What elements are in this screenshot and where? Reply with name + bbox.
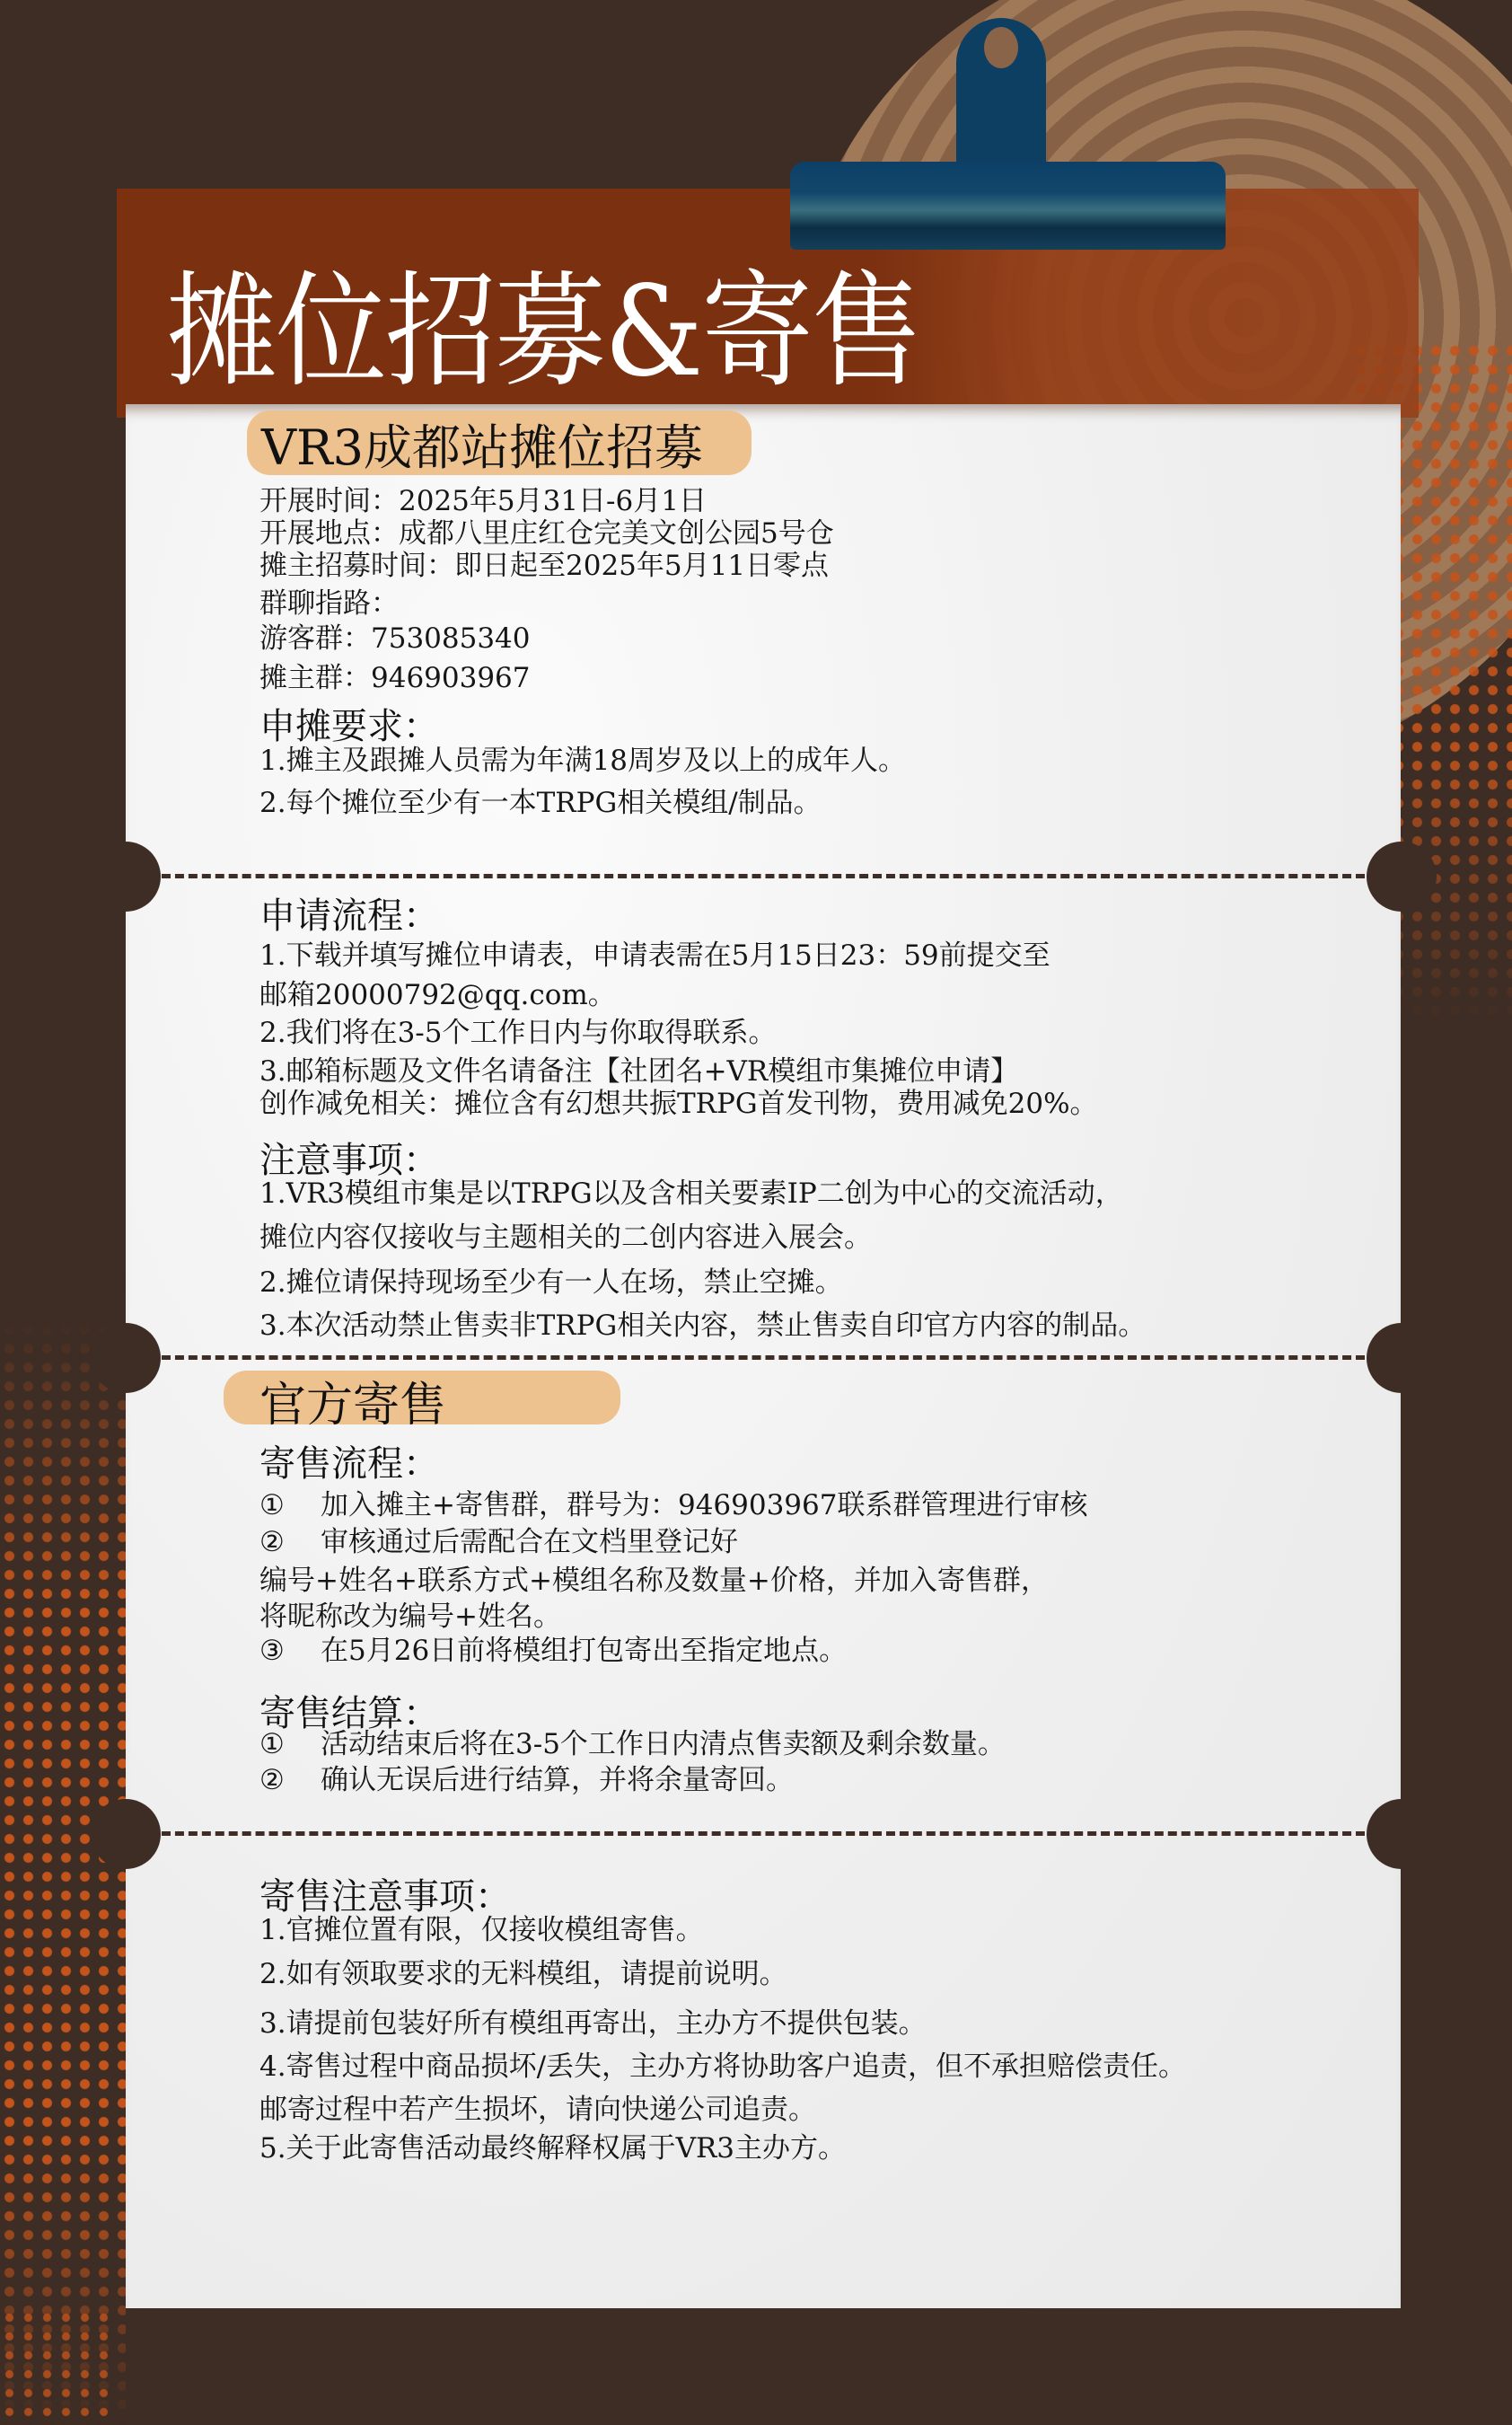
- list-item: 3.邮箱标题及文件名请备注【社团名+VR模组市集摊位申请】: [259, 1055, 1018, 1088]
- step-item: ②确认无误后进行结算，并将余量寄回。: [259, 1764, 794, 1796]
- heading-consignment-notes: 寄售注意事项：: [259, 1868, 511, 1919]
- section-divider: [162, 874, 1365, 878]
- info-line-dates: 开展时间：2025年5月31日-6月1日: [259, 485, 707, 517]
- list-item: 1.VR3模组市集是以TRPG以及含相关要素IP二创为中心的交流活动，: [259, 1177, 1123, 1210]
- list-item: 摊位内容仅接收与主题相关的二创内容进入展会。: [259, 1221, 872, 1254]
- list-item: 2.每个摊位至少有一本TRPG相关模组/制品。: [259, 787, 822, 819]
- page-title: 摊位招募&寄售: [166, 232, 920, 410]
- section-title-consignment: 官方寄售: [259, 1367, 446, 1434]
- ticket-notch-right: [1367, 1799, 1437, 1869]
- heading-notes: 注意事项：: [259, 1132, 439, 1183]
- list-item: 2.如有领取要求的无料模组，请提前说明。: [259, 1958, 787, 1990]
- info-line-visitor-group: 游客群：753085340: [259, 622, 531, 655]
- clip-jaw: [790, 162, 1226, 250]
- heading-consignment-process: 寄售流程：: [259, 1435, 439, 1486]
- info-line-recruit-time: 摊主招募时间：即日起至2025年5月11日零点: [259, 550, 829, 582]
- list-item: 2.我们将在3-5个工作日内与你取得联系。: [259, 1017, 777, 1049]
- ticket-notch-right: [1367, 842, 1437, 912]
- ticket-notch-left: [91, 1323, 161, 1393]
- step-item: ①加入摊主+寄售群，群号为：946903967联系群管理进行审核: [259, 1489, 1087, 1521]
- list-item: 1.摊主及跟摊人员需为年满18周岁及以上的成年人。: [259, 745, 906, 777]
- list-item: 5.关于此寄售活动最终解释权属于VR3主办方。: [259, 2132, 846, 2165]
- step-item-continued: 编号+姓名+联系方式+模组名称及数量+价格，并加入寄售群，: [259, 1565, 1049, 1597]
- step-item: ③在5月26日前将模组打包寄出至指定地点。: [259, 1635, 847, 1667]
- ticket-notch-left: [91, 842, 161, 912]
- step-number-2: ②: [259, 1526, 321, 1558]
- list-item: 1.官摊位置有限，仅接收模组寄售。: [259, 1914, 704, 1946]
- section-title-recruit: VR3成都站摊位招募: [261, 410, 703, 479]
- decorative-dot-grid-left: [0, 1320, 126, 2425]
- ticket-notch-right: [1367, 1323, 1437, 1393]
- list-item-discount: 创作减免相关：摊位含有幻想共振TRPG首发刊物，费用减免20%。: [259, 1088, 1098, 1120]
- step-item: ①活动结束后将在3-5个工作日内清点售卖额及剩余数量。: [259, 1728, 1006, 1760]
- decorative-dot-grid-bottom: [0, 2308, 117, 2425]
- step-number-2: ②: [259, 1764, 321, 1796]
- list-item: 1.下载并填写摊位申请表，申请表需在5月15日23：59前提交至: [259, 939, 1050, 972]
- section-divider: [162, 1355, 1365, 1360]
- heading-application-process: 申请流程：: [259, 887, 439, 939]
- list-item: 2.摊位请保持现场至少有一人在场，禁止空摊。: [259, 1266, 843, 1299]
- step-number-3: ③: [259, 1635, 321, 1667]
- step-item: ②审核通过后需配合在文档里登记好: [259, 1526, 738, 1558]
- step-number-1: ①: [259, 1728, 321, 1760]
- list-item: 邮寄过程中若产生损坏，请向快递公司追责。: [259, 2094, 816, 2126]
- ticket-notch-left: [91, 1799, 161, 1869]
- step-item-continued: 将昵称改为编号+姓名。: [259, 1600, 561, 1633]
- binder-clip-icon: [790, 18, 1226, 234]
- info-line-venue: 开展地点：成都八里庄红仓完美文创公园5号仓: [259, 517, 834, 550]
- list-item: 3.本次活动禁止售卖非TRPG相关内容，禁止售卖自印官方内容的制品。: [259, 1309, 1146, 1342]
- section-divider: [162, 1831, 1365, 1836]
- list-item-email: 邮箱20000792@qq.com。: [259, 979, 616, 1011]
- heading-requirements: 申摊要求：: [259, 698, 439, 749]
- info-line-vendor-group: 摊主群：946903967: [259, 662, 531, 694]
- list-item: 4.寄售过程中商品损坏/丢失，主办方将协助客户追责，但不承担赔偿责任。: [259, 2050, 1186, 2083]
- list-item: 3.请提前包装好所有模组再寄出，主办方不提供包装。: [259, 2007, 927, 2040]
- info-line-group-guide: 群聊指路：: [259, 587, 399, 620]
- clip-hole: [984, 27, 1018, 68]
- step-number-1: ①: [259, 1489, 321, 1521]
